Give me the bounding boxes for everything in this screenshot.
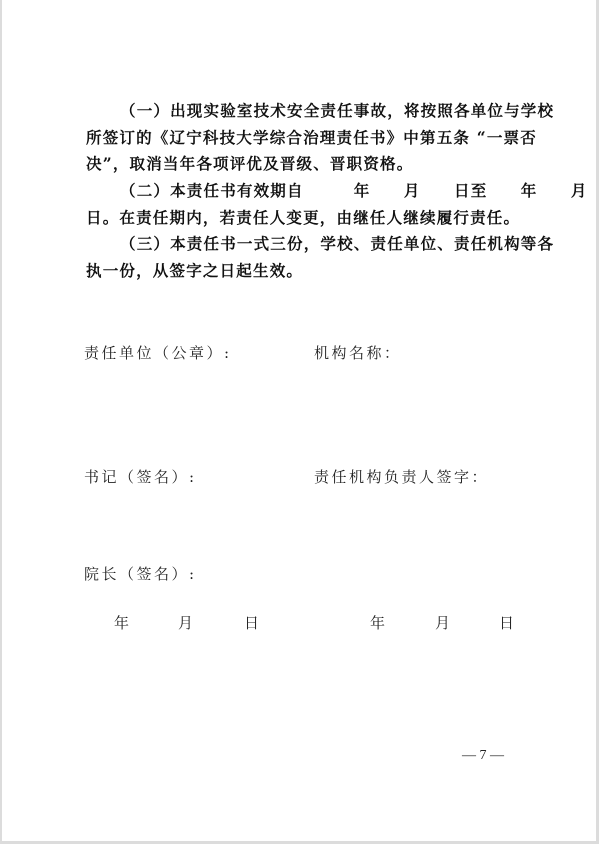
- left-date-year: 年: [114, 612, 129, 633]
- clause-1-line-3: 决”，取消当年各项评优及晋级、晋职资格。: [86, 151, 526, 178]
- org-head-signature-label: 责任机构负责人签字：: [314, 466, 489, 487]
- right-date-year: 年: [370, 612, 385, 633]
- right-date-month: 月: [435, 612, 450, 633]
- clause-3: （三）本责任书一式三份，学校、责任单位、责任机构等各 执一份，从签字之日起生效。: [86, 231, 526, 284]
- unit-seal-label: 责任单位（公章）:: [84, 342, 232, 363]
- right-date-day: 日: [499, 612, 514, 633]
- clause-1-line-1: （一）出现实验室技术安全责任事故，将按照各单位与学校: [86, 98, 526, 125]
- left-date-day: 日: [244, 612, 259, 633]
- left-date-month: 月: [178, 612, 193, 633]
- org-name-label: 机构名称：: [314, 342, 402, 363]
- clause-3-line-1: （三）本责任书一式三份，学校、责任单位、责任机构等各: [86, 231, 526, 258]
- secretary-signature-label: 书记（签名）:: [84, 466, 197, 487]
- page-number: — 7 —: [462, 748, 504, 764]
- clause-1-line-2: 所签订的《辽宁科技大学综合治理责任书》中第五条 “一票否: [86, 125, 526, 152]
- clause-1: （一）出现实验室技术安全责任事故，将按照各单位与学校 所签订的《辽宁科技大学综合…: [86, 98, 526, 178]
- clause-2-line-2: 日。在责任期内，若责任人变更，由继任人继续履行责任。: [86, 205, 526, 232]
- clause-3-line-2: 执一份，从签字之日起生效。: [86, 258, 526, 285]
- document-page: （一）出现实验室技术安全责任事故，将按照各单位与学校 所签订的《辽宁科技大学综合…: [2, 0, 596, 841]
- clause-2-line-1: （二）本责任书有效期自 年 月 日至 年 月: [86, 178, 526, 205]
- clause-2: （二）本责任书有效期自 年 月 日至 年 月 日。在责任期内，若责任人变更，由继…: [86, 178, 526, 231]
- dean-signature-label: 院长（签名）:: [84, 563, 197, 584]
